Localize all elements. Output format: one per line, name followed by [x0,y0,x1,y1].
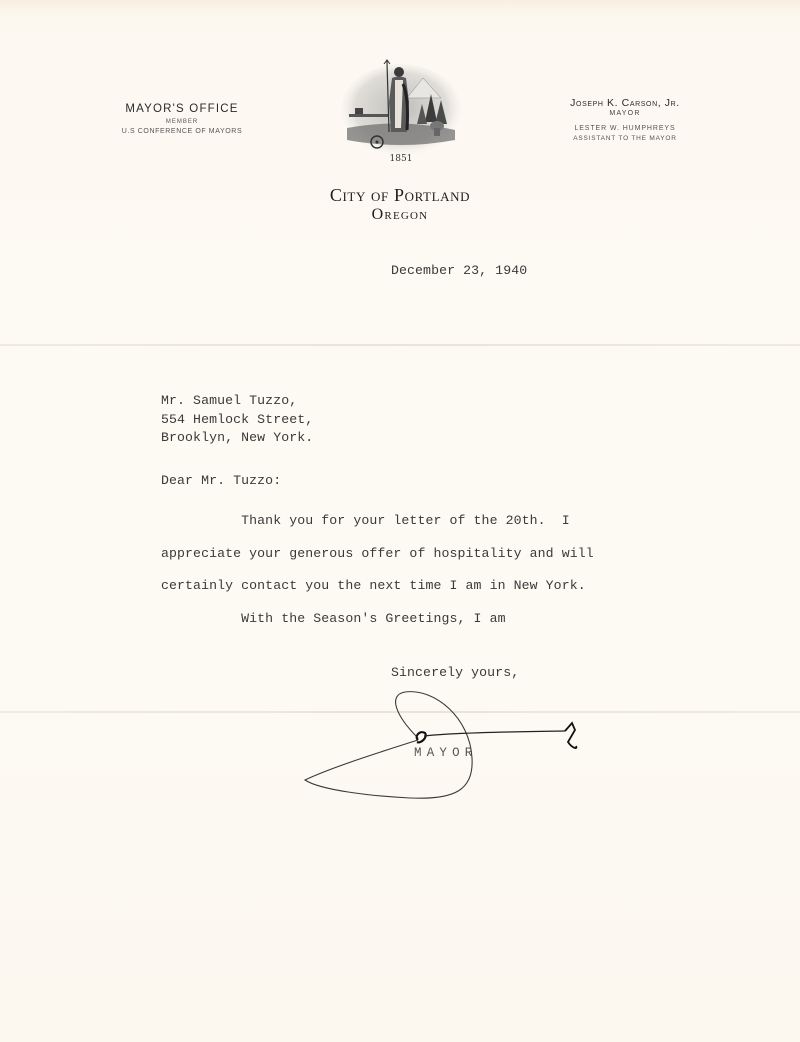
letterhead-right: Joseph K. Carson, Jr. MAYOR LESTER W. HU… [540,97,710,142]
recipient-name: Mr. Samuel Tuzzo, [161,392,313,411]
assistant-title: ASSISTANT TO THE MAYOR [540,135,710,142]
body-line: Thank you for your letter of the 20th. I [161,505,594,538]
closing: Sincerely yours, [391,665,519,680]
body-line: certainly contact you the next time I am… [161,570,594,603]
mayor-name: Joseph K. Carson, Jr. [540,97,710,109]
mayor-title: MAYOR [540,110,710,117]
body-line: appreciate your generous offer of hospit… [161,538,594,571]
fold-line [0,711,800,713]
mayors-office-label: MAYOR'S OFFICE [100,103,264,115]
recipient-city: Brooklyn, New York. [161,429,313,448]
seal-year: 1851 [337,154,465,164]
letter-date: December 23, 1940 [391,263,527,278]
city-seal-icon: 1851 [337,58,465,170]
city-heading: City of Portland Oregon [290,185,510,224]
letterhead-left: MAYOR'S OFFICE MEMBER U.S CONFERENCE OF … [100,103,264,135]
signature-title: MAYOR [414,746,478,760]
recipient-address: Mr. Samuel Tuzzo,554 Hemlock Street,Broo… [161,392,313,448]
salutation: Dear Mr. Tuzzo: [161,473,281,488]
state-name: Oregon [290,206,510,224]
body-line: With the Season's Greetings, I am [161,603,594,636]
letter-body: Thank you for your letter of the 20th. I… [161,505,594,635]
member-label: MEMBER [100,119,264,125]
conference-label: U.S CONFERENCE OF MAYORS [100,128,264,135]
city-name: City of Portland [290,185,510,205]
fold-line [0,344,800,346]
assistant-name: LESTER W. HUMPHREYS [540,125,710,132]
recipient-street: 554 Hemlock Street, [161,411,313,430]
